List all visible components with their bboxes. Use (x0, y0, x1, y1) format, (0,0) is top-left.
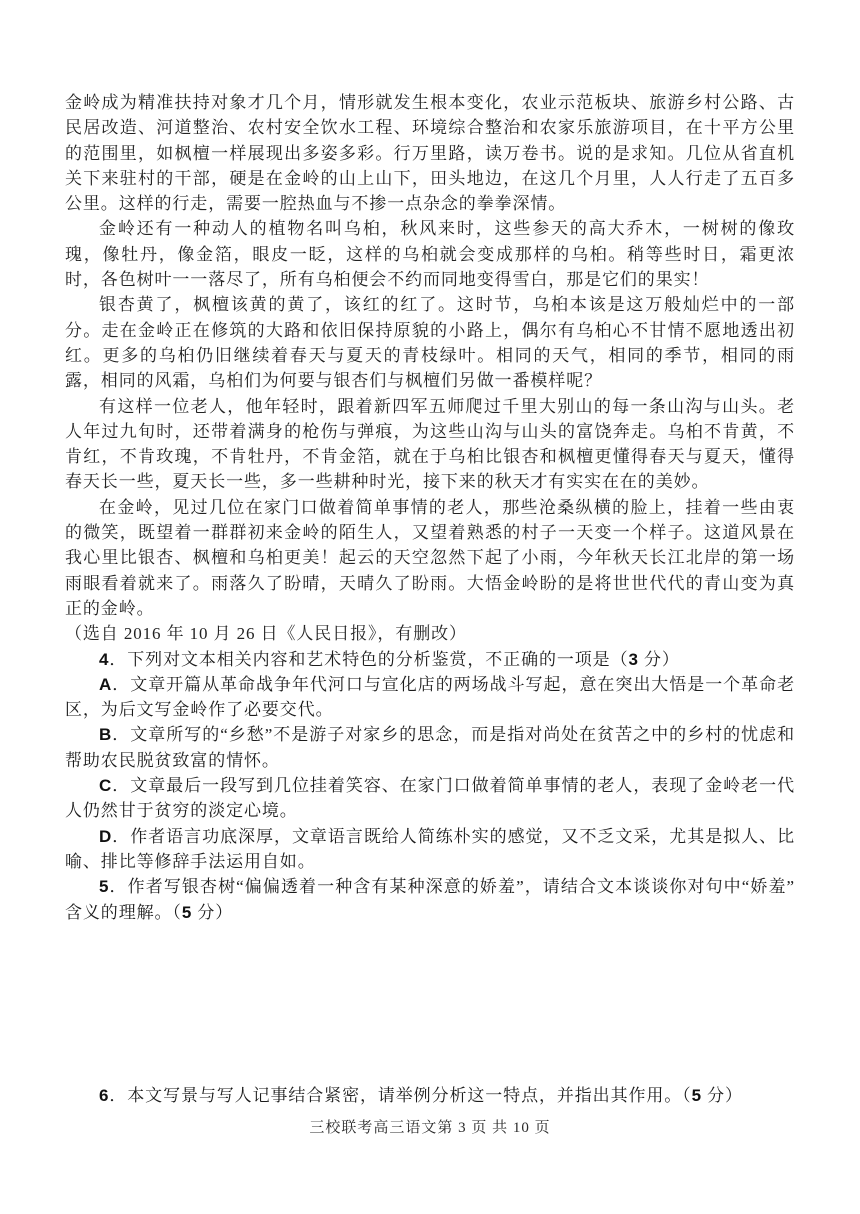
page-footer: 三校联考高三语文第 3 页 共 10 页 (0, 1116, 860, 1137)
question-score-suffix: 分） (192, 903, 233, 922)
option-b: B．文章所写的“乡愁”不是游子对家乡的思念，而是指对尚处在贫苦之中的乡村的忧虑和… (65, 722, 795, 773)
option-letter: C (99, 776, 112, 795)
question-5: 5．作者写银杏树“偏偏透着一种含有某种深意的娇羞”，请结合文本谈谈你对句中“娇羞… (65, 874, 795, 925)
option-separator: ． (112, 675, 130, 694)
option-text: 文章所写的“乡愁”不是游子对家乡的思念，而是指对尚处在贫苦之中的乡村的忧虑和帮助… (65, 725, 795, 769)
passage-source-line: （选自 2016 年 10 月 26 日《人民日报》，有删改） (65, 621, 795, 646)
option-separator: ． (112, 827, 130, 846)
question-6: 6．本文写景与写人记事结合紧密，请举例分析这一特点，并指出其作用。（5 分） (65, 1083, 795, 1108)
question-score: 3 (628, 650, 638, 669)
question-number: 5 (99, 877, 109, 896)
option-text: 文章开篇从革命战争年代河口与宣化店的两场战斗写起，意在突出大悟是一个革命老区，为… (65, 675, 795, 719)
question-score: 5 (692, 1086, 702, 1105)
question-stem: 作者写银杏树“偏偏透着一种含有某种深意的娇羞”，请结合文本谈谈你对句中“娇羞”含… (65, 877, 795, 921)
passage-paragraph: 有这样一位老人，他年轻时，跟着新四军五师爬过千里大别山的每一条山沟与山头。老人年… (65, 394, 795, 495)
passage-paragraph: 金岭还有一种动人的植物名叫乌桕，秋风来时，这些参天的高大乔木，一树树的像玫瑰，像… (65, 216, 795, 292)
question-separator: ． (109, 650, 127, 669)
question-separator: ． (109, 877, 127, 896)
option-letter: D (99, 827, 112, 846)
exam-page: 金岭成为精准扶持对象才几个月，情形就发生根本变化，农业示范板块、旅游乡村公路、古… (0, 0, 860, 1214)
question-number: 4 (99, 650, 109, 669)
option-separator: ． (112, 776, 130, 795)
reading-passage: 金岭成为精准扶持对象才几个月，情形就发生根本变化，农业示范板块、旅游乡村公路、古… (65, 90, 795, 647)
question-score-suffix: 分） (639, 650, 680, 669)
question-separator: ． (109, 1086, 127, 1105)
passage-paragraph: 银杏黄了，枫檀该黄的黄了，该红的红了。这时节，乌桕本该是这万般灿烂中的一部分。走… (65, 292, 795, 393)
option-separator: ． (112, 725, 130, 744)
option-a: A．文章开篇从革命战争年代河口与宣化店的两场战斗写起，意在突出大悟是一个革命老区… (65, 672, 795, 723)
text-column: 金岭成为精准扶持对象才几个月，情形就发生根本变化，农业示范板块、旅游乡村公路、古… (65, 90, 795, 1108)
option-text: 作者语言功底深厚，文章语言既给人简练朴实的感觉，又不乏文采，尤其是拟人、比喻、排… (65, 827, 795, 871)
question-stem: 本文写景与写人记事结合紧密，请举例分析这一特点，并指出其作用。（ (127, 1086, 691, 1105)
passage-paragraph: 在金岭，见过几位在家门口做着简单事情的老人，那些沧桑纵横的脸上，挂着一些由衷的微… (65, 495, 795, 621)
question-stem: 下列对文本相关内容和艺术特色的分析鉴赏，不正确的一项是（ (127, 650, 628, 669)
option-letter: A (99, 675, 112, 694)
option-d: D．作者语言功底深厚，文章语言既给人简练朴实的感觉，又不乏文采，尤其是拟人、比喻… (65, 824, 795, 875)
question-4: 4．下列对文本相关内容和艺术特色的分析鉴赏，不正确的一项是（3 分） (65, 647, 795, 672)
question-score-suffix: 分） (702, 1086, 743, 1105)
question-score: 5 (182, 903, 192, 922)
option-text: 文章最后一段写到几位挂着笑容、在家门口做着简单事情的老人，表现了金岭老一代人仍然… (65, 776, 795, 820)
answer-blank-space (65, 925, 795, 1083)
passage-paragraph: 金岭成为精准扶持对象才几个月，情形就发生根本变化，农业示范板块、旅游乡村公路、古… (65, 90, 795, 216)
question-number: 6 (99, 1086, 109, 1105)
option-c: C．文章最后一段写到几位挂着笑容、在家门口做着简单事情的老人，表现了金岭老一代人… (65, 773, 795, 824)
option-letter: B (99, 725, 112, 744)
